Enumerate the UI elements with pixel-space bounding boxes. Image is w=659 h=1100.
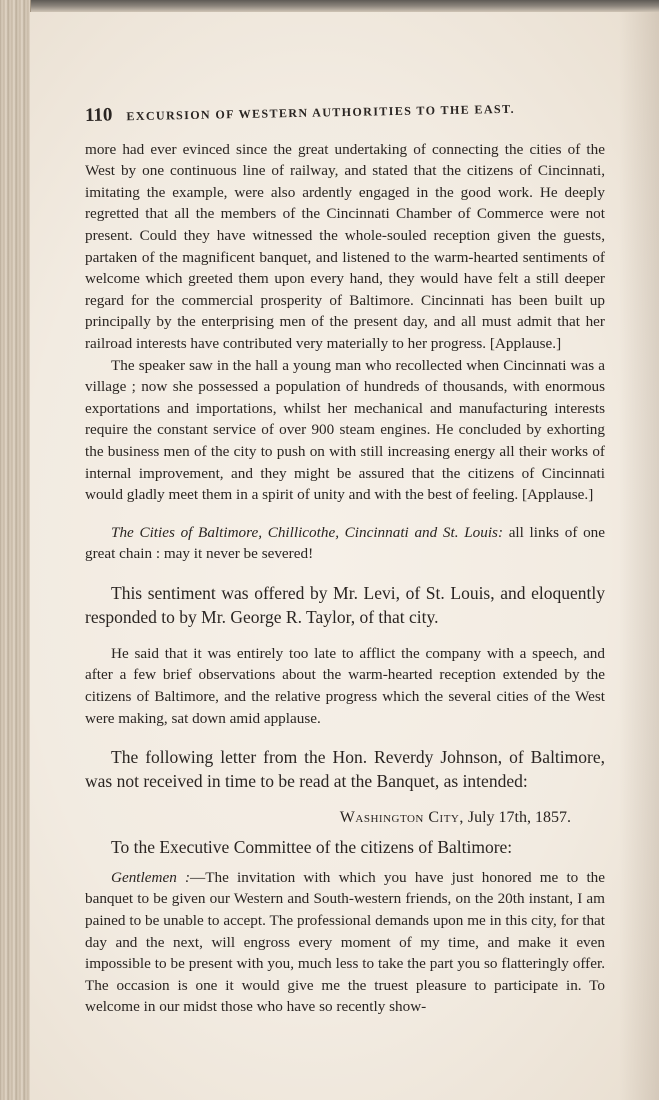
toast-italic: The Cities of Baltimore, Chillicothe, Ci… (111, 524, 503, 541)
paragraph-taylor-speech: He said that it was entirely too late to… (85, 643, 605, 729)
letter-greeting: Gentlemen : (111, 869, 190, 886)
letter-body: Gentlemen :—The invitation with which yo… (85, 867, 605, 1018)
paragraph-letter-intro: The following letter from the Hon. Rever… (85, 745, 605, 793)
dateline-place: Washington City, (340, 809, 464, 826)
dateline-date: July 17th, 1857. (464, 809, 571, 826)
page-number: 110 (85, 104, 113, 126)
page-stack-edge (0, 0, 31, 1100)
paragraph-continuation: more had ever evinced since the great un… (85, 139, 605, 355)
gutter-shadow (619, 12, 659, 1100)
book-top-edge (0, 0, 659, 12)
letter-salutation: To the Executive Committee of the citize… (85, 835, 605, 859)
paragraph-speaker: The speaker saw in the hall a young man … (85, 355, 605, 506)
running-title: EXCURSION OF WESTERN AUTHORITIES TO THE … (126, 99, 515, 128)
page-content: 110 EXCURSION OF WESTERN AUTHORITIES TO … (85, 105, 605, 1018)
paragraph-response: This sentiment was offered by Mr. Levi, … (85, 581, 605, 629)
toast-sentiment: The Cities of Baltimore, Chillicothe, Ci… (85, 522, 605, 565)
letter-text: —The invitation with which you have just… (85, 869, 605, 1016)
letter-dateline: Washington City, July 17th, 1857. (85, 807, 605, 829)
